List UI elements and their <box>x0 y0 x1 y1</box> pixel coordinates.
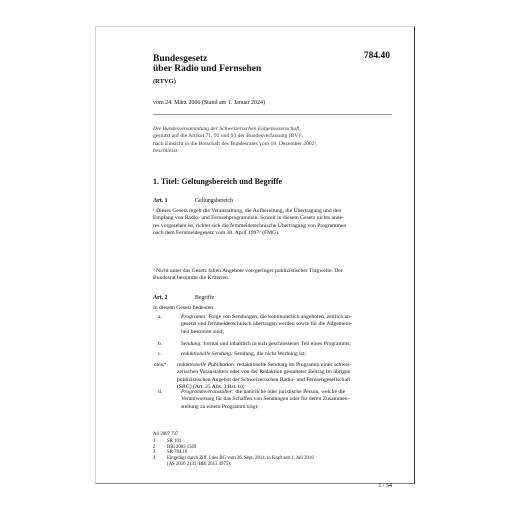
article-1-paragraph-1: ¹ Dieses Gesetz regelt die Veranstaltung… <box>153 208 346 237</box>
text-line: die natürliche oder juristische Person, … <box>235 389 345 395</box>
article-2-heading: Art. 2Begriffe <box>153 295 214 301</box>
footnote-number: 4 <box>153 456 155 462</box>
item-term: Programmveranstalter: <box>181 389 234 395</box>
document-page: Bundesgesetz über Radio und Fernsehen 78… <box>95 26 415 484</box>
text-line: Bundesrat bestimmt die Kriterien. <box>153 275 343 282</box>
preamble-line: beschliesst: <box>153 148 317 155</box>
footnote-number: 3 <box>153 450 155 456</box>
text-line: ² Nicht unter das Gesetz fallen Angebote… <box>153 268 343 275</box>
article-number: Art. 2 <box>153 295 195 301</box>
item-term: Programm: <box>181 314 207 320</box>
text-line: publizistischen Angebot der Schweizerisc… <box>177 377 351 384</box>
text-line: Sendung, die nicht Werbung ist; <box>234 351 306 357</box>
text-line: zerischen Veranstalters oder von der Red… <box>177 369 351 376</box>
article-1-paragraph-2: ² Nicht unter das Gesetz fallen Angebote… <box>153 268 343 283</box>
item-label: d. <box>158 389 162 396</box>
text-line: heit bestimmt sind; <box>181 329 352 336</box>
article-heading: Begriffe <box>195 295 214 301</box>
divider <box>153 114 392 115</box>
item-label: cbis.⁴ <box>154 362 166 369</box>
title-line-2: über Radio und Fernsehen <box>153 64 261 74</box>
preamble: Die Bundesversammlung der Schweizerische… <box>153 126 317 155</box>
preamble-line: gestützt auf die Artikel 71, 92 und 93 d… <box>153 133 317 140</box>
article-2-intro: In diesem Gesetz bedeuten: <box>153 305 215 312</box>
item-label: b. <box>158 341 162 348</box>
footnote-text: SR 101 <box>167 439 181 445</box>
section-title: 1. Titel: Geltungsbereich und Begriffe <box>153 177 282 186</box>
as-reference: AS 2007 737 <box>153 432 178 438</box>
item-term: redaktionelle Sendung: <box>181 351 233 357</box>
text-line: Folge von Sendungen, die kontinuierlich … <box>208 314 351 320</box>
text-line: redaktionelle Sendung im Programm eines … <box>237 362 351 368</box>
item-label: c. <box>158 351 162 358</box>
sr-number: 784.40 <box>364 51 390 61</box>
item-term: Sendung: <box>181 341 202 347</box>
text-line: formal und inhaltlich in sich geschlosse… <box>204 341 351 347</box>
law-title: Bundesgesetz über Radio und Fernsehen <box>153 54 261 74</box>
item-term: redaktionelle Publikation: <box>177 362 236 368</box>
footnote-number: 1 <box>153 439 155 445</box>
page-number: 1 / 54 <box>378 483 392 489</box>
text-line: stellung zu einem Programm trägt; <box>181 404 349 411</box>
text-line: Verantwortung für das Schaffen von Sendu… <box>181 396 349 403</box>
article-number: Art. 1 <box>153 198 195 204</box>
footnote-text: Eingefügt durch Ziff. I des BG vom 26. S… <box>167 456 314 462</box>
item-label: a. <box>158 314 162 321</box>
title-line-1: Bundesgesetz <box>153 54 261 64</box>
footnote-text: SR 784.10 <box>167 450 187 456</box>
date-line: vom 24. März 2006 (Stand am 1. Januar 20… <box>153 100 265 106</box>
footnote-text: (AS 2016 2131; BBl 2013 4975). <box>167 462 314 468</box>
law-abbreviation: (RTVG) <box>153 78 176 85</box>
text-line: Empfang von Radio- und Fernsehprogrammen… <box>153 215 346 222</box>
text-line: res vorgesehen ist, richtet sich die fer… <box>153 223 346 230</box>
text-line: nach dem Fernmeldegesetz vom 30. April 1… <box>153 230 346 237</box>
article-1-heading: Art. 1Geltungsbereich <box>153 198 233 204</box>
preamble-line: nach Einsicht in die Botschaft des Bunde… <box>153 141 317 148</box>
text-line: gesetzt und fernmeldetechnisch übertrage… <box>181 321 352 328</box>
article-heading: Geltungsbereich <box>195 198 233 204</box>
